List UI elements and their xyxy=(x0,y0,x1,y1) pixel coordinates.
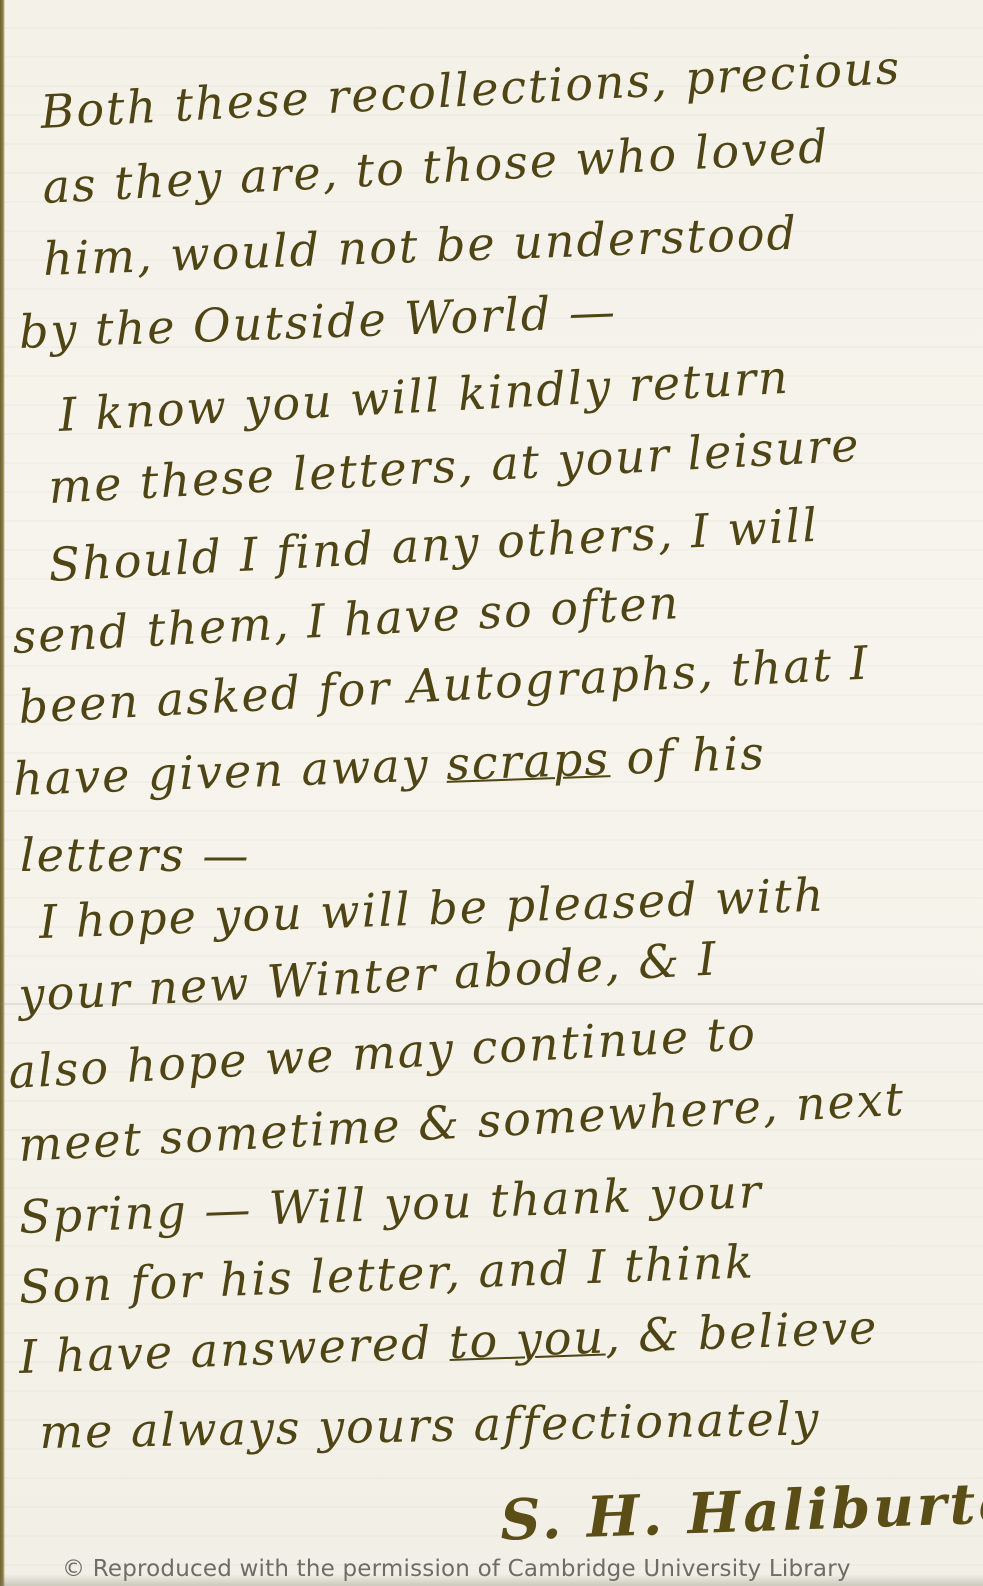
letter-line-3: him, would not be understood xyxy=(42,206,799,286)
letter-line-18-tail: , & believe xyxy=(604,1300,879,1364)
letter-line-2: as they are, to those who loved xyxy=(41,119,831,214)
letter-line-16: Spring — Will you thank your xyxy=(18,1164,764,1244)
letter-line-18: I have answered to you, & believe xyxy=(18,1300,879,1384)
letter-line-17: Son for his letter, and I think xyxy=(18,1234,755,1314)
letter-line-18-text: I have answered xyxy=(18,1315,450,1384)
letter-line-4: by the Outside World — xyxy=(18,284,618,359)
letter-line-10-text: have given away xyxy=(12,737,447,806)
page-edge xyxy=(0,0,5,1586)
letter-line-11: letters — xyxy=(20,828,250,882)
underlined-word-scraps: scraps xyxy=(445,731,611,791)
letter-line-7: Should I find any others, I will xyxy=(47,498,820,592)
letter-line-19: me always yours affectionately xyxy=(39,1391,821,1459)
letter-line-10-tail: of his xyxy=(609,726,767,785)
letter-line-10: have given away scraps of his xyxy=(12,726,767,806)
signature: S. H. Haliburton xyxy=(499,1468,983,1554)
bottom-edge-shadow xyxy=(0,1574,983,1586)
underlined-words-to-you: to you xyxy=(448,1310,606,1369)
letter-page: Both these recollections, precious as th… xyxy=(0,0,983,1586)
